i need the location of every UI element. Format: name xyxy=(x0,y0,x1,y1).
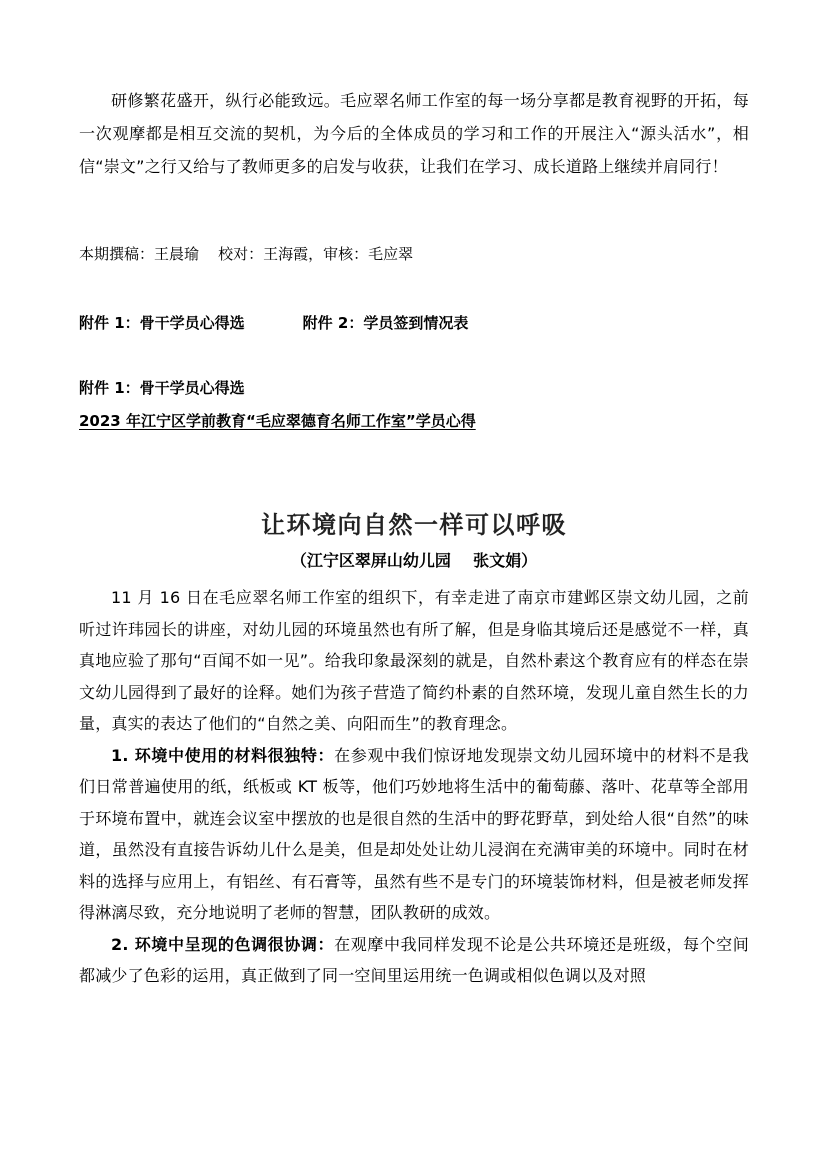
section-subheading: 2023 年江宁区学前教育“毛应翠德育名师工作室”学员心得 xyxy=(79,410,476,431)
attachment-1-link: 附件 1：骨干学员心得选 xyxy=(79,314,245,332)
attachment-2-link: 附件 2：学员签到情况表 xyxy=(303,314,469,332)
article-paragraph: 11 月 16 日在毛应翠名师工作室的组织下，有幸走进了南京市建邺区崇文幼儿园，… xyxy=(79,582,749,740)
article-paragraph-text: 11 月 16 日在毛应翠名师工作室的组织下，有幸走进了南京市建邺区崇文幼儿园，… xyxy=(79,588,749,733)
article-paragraph: 2. 环境中呈现的色调很协调：在观摩中我同样发现不论是公共环境还是班级，每个空间… xyxy=(79,929,749,992)
attachments-list: 附件 1：骨干学员心得选附件 2：学员签到情况表 xyxy=(79,312,468,333)
paragraph-lead: 2. 环境中呈现的色调很协调： xyxy=(111,935,334,954)
paragraph-lead: 1. 环境中使用的材料很独特： xyxy=(111,746,334,765)
section-heading: 附件 1：骨干学员心得选 xyxy=(79,377,245,398)
intro-paragraph: 研修繁花盛开，纵行必能致远。毛应翠名师工作室的每一场分享都是教育视野的开拓，每一… xyxy=(79,84,749,183)
article-paragraph: 1. 环境中使用的材料很独特：在参观中我们惊讶地发现崇文幼儿园环境中的材料不是我… xyxy=(79,740,749,929)
article-byline: （江宁区翠屏山幼儿园 张文娟） xyxy=(79,548,749,571)
article-paragraph-text: 在参观中我们惊讶地发现崇文幼儿园环境中的材料不是我们日常普遍使用的纸，纸板或 K… xyxy=(79,746,749,923)
article-title: 让环境向自然一样可以呼吸 xyxy=(79,505,749,540)
article-body: 11 月 16 日在毛应翠名师工作室的组织下，有幸走进了南京市建邺区崇文幼儿园，… xyxy=(79,582,749,992)
credits-line: 本期撰稿：王晨瑜 校对：王海霞，审核：毛应翠 xyxy=(79,243,413,264)
